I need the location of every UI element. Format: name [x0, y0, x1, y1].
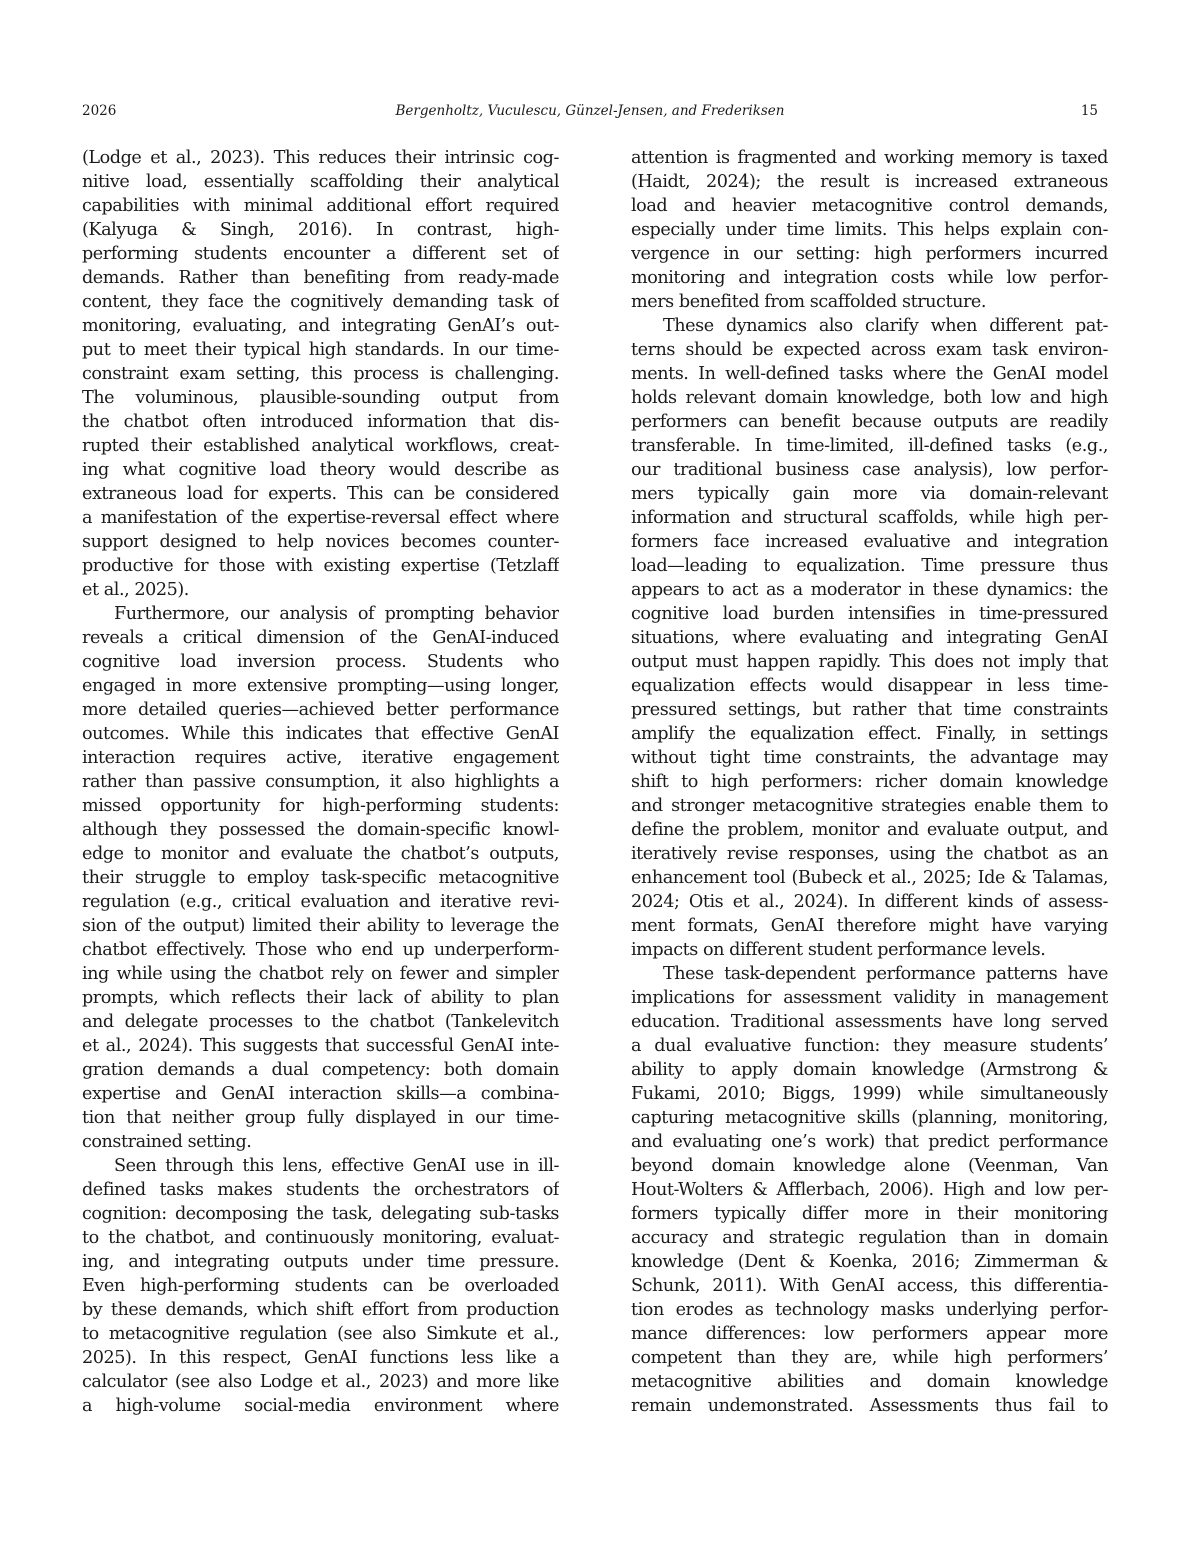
text-line: load—leading to equalization. Time press…: [631, 554, 1108, 578]
text-line: Seen through this lens, effective GenAI …: [82, 1154, 559, 1178]
text-line: prompts, which reflects their lack of ab…: [82, 986, 559, 1010]
text-line: ability to apply domain knowledge (Armst…: [631, 1058, 1108, 1082]
text-line: define the problem, monitor and evaluate…: [631, 818, 1108, 842]
text-line: nitive load, essentially scaffolding the…: [82, 170, 559, 194]
text-line: rupted their established analytical work…: [82, 434, 559, 458]
text-line: monitoring, evaluating, and integrating …: [82, 314, 559, 338]
text-line: missed opportunity for high-performing s…: [82, 794, 559, 818]
text-line: ing while using the chatbot rely on fewe…: [82, 962, 559, 986]
text-line: situations, where evaluating and integra…: [631, 626, 1108, 650]
text-line: implications for assessment validity in …: [631, 986, 1108, 1010]
text-line: tion erodes as technology masks underlyi…: [631, 1298, 1108, 1322]
text-line: and delegate processes to the chatbot (T…: [82, 1010, 559, 1034]
text-line: reveals a critical dimension of the GenA…: [82, 626, 559, 650]
text-line: without tight time constraints, the adva…: [631, 746, 1108, 770]
text-line: pressured settings, but rather that time…: [631, 698, 1108, 722]
text-line: ing what cognitive load theory would des…: [82, 458, 559, 482]
text-line: performers can benefit because outputs a…: [631, 410, 1108, 434]
text-line: holds relevant domain knowledge, both lo…: [631, 386, 1108, 410]
text-line: knowledge (Dent & Koenka, 2016; Zimmerma…: [631, 1250, 1108, 1274]
text-line: monitoring and integration costs while l…: [631, 266, 1108, 290]
text-line: a dual evaluative function: they measure…: [631, 1034, 1108, 1058]
text-line: capabilities with minimal additional eff…: [82, 194, 559, 218]
text-line: Fukami, 2010; Biggs, 1999) while simulta…: [631, 1082, 1108, 1106]
text-line: transferable. In time-limited, ill-defin…: [631, 434, 1108, 458]
text-line: performing students encounter a differen…: [82, 242, 559, 266]
text-line: gration demands a dual competency: both …: [82, 1058, 559, 1082]
text-line: although they possessed the domain-speci…: [82, 818, 559, 842]
running-header: 2026 Bergenholtz, Vuculescu, Günzel-Jens…: [82, 103, 1098, 125]
text-line: outcomes. While this indicates that effe…: [82, 722, 559, 746]
text-line: appears to act as a moderator in these d…: [631, 578, 1108, 602]
text-line: The voluminous, plausible-sounding outpu…: [82, 386, 559, 410]
text-line: our traditional business case analysis),…: [631, 458, 1108, 482]
text-line: to the chatbot, and continuously monitor…: [82, 1226, 559, 1250]
text-line: extraneous load for experts. This can be…: [82, 482, 559, 506]
text-line: cognitive load inversion process. Studen…: [82, 650, 559, 674]
text-line: information and structural scaffolds, wh…: [631, 506, 1108, 530]
text-line: Schunk, 2011). With GenAI access, this d…: [631, 1274, 1108, 1298]
text-line: mance differences: low performers appear…: [631, 1322, 1108, 1346]
text-line: accuracy and strategic regulation than i…: [631, 1226, 1108, 1250]
text-line: output must happen rapidly. This does no…: [631, 650, 1108, 674]
text-line: metacognitive abilities and domain knowl…: [631, 1370, 1108, 1394]
text-line: ments. In well-defined tasks where the G…: [631, 362, 1108, 386]
text-line: vergence in our setting: high performers…: [631, 242, 1108, 266]
text-line: Furthermore, our analysis of prompting b…: [82, 602, 559, 626]
text-line: (Lodge et al., 2023). This reduces their…: [82, 146, 559, 170]
text-line: education. Traditional assessments have …: [631, 1010, 1108, 1034]
text-line: capturing metacognitive skills (planning…: [631, 1106, 1108, 1130]
text-line: chatbot effectively. Those who end up un…: [82, 938, 559, 962]
text-line: content, they face the cognitively deman…: [82, 290, 559, 314]
text-line: mers typically gain more via domain-rele…: [631, 482, 1108, 506]
text-line: Even high-performing students can be ove…: [82, 1274, 559, 1298]
text-line: expertise and GenAI interaction skills—a…: [82, 1082, 559, 1106]
text-line: formers typically differ more in their m…: [631, 1202, 1108, 1226]
text-line: edge to monitor and evaluate the chatbot…: [82, 842, 559, 866]
text-line: a high-volume social-media environment w…: [82, 1394, 559, 1418]
text-line: iteratively revise responses, using the …: [631, 842, 1108, 866]
text-line: (Haidt, 2024); the result is increased e…: [631, 170, 1108, 194]
text-line: a manifestation of the expertise-reversa…: [82, 506, 559, 530]
text-line: put to meet their typical high standards…: [82, 338, 559, 362]
text-line: These task-dependent performance pattern…: [631, 962, 1108, 986]
text-line: engaged in more extensive prompting—usin…: [82, 674, 559, 698]
text-line: by these demands, which shift effort fro…: [82, 1298, 559, 1322]
page-number: 15: [1081, 103, 1098, 119]
text-line: Hout-Wolters & Afflerbach, 2006). High a…: [631, 1178, 1108, 1202]
text-line: and stronger metacognitive strategies en…: [631, 794, 1108, 818]
text-line: et al., 2024). This suggests that succes…: [82, 1034, 559, 1058]
text-line: defined tasks makes students the orchest…: [82, 1178, 559, 1202]
left-column: (Lodge et al., 2023). This reduces their…: [82, 146, 559, 1418]
text-line: constraint exam setting, this process is…: [82, 362, 559, 386]
text-line: cognitive load burden intensifies in tim…: [631, 602, 1108, 626]
text-line: attention is fragmented and working memo…: [631, 146, 1108, 170]
text-line: et al., 2025).: [82, 578, 559, 602]
text-line: terns should be expected across exam tas…: [631, 338, 1108, 362]
right-column: attention is fragmented and working memo…: [631, 146, 1108, 1418]
text-line: demands. Rather than benefiting from rea…: [82, 266, 559, 290]
text-line: more detailed queries—achieved better pe…: [82, 698, 559, 722]
text-line: especially under time limits. This helps…: [631, 218, 1108, 242]
text-line: amplify the equalization effect. Finally…: [631, 722, 1108, 746]
text-line: ing, and integrating outputs under time …: [82, 1250, 559, 1274]
text-line: mers benefited from scaffolded structure…: [631, 290, 1108, 314]
text-line: their struggle to employ task-specific m…: [82, 866, 559, 890]
text-line: load and heavier metacognitive control d…: [631, 194, 1108, 218]
text-line: shift to high performers: richer domain …: [631, 770, 1108, 794]
text-line: interaction requires active, iterative e…: [82, 746, 559, 770]
text-line: (Kalyuga & Singh, 2016). In contrast, hi…: [82, 218, 559, 242]
text-line: regulation (e.g., critical evaluation an…: [82, 890, 559, 914]
text-line: the chatbot often introduced information…: [82, 410, 559, 434]
text-line: enhancement tool (Bubeck et al., 2025; I…: [631, 866, 1108, 890]
text-line: These dynamics also clarify when differe…: [631, 314, 1108, 338]
text-line: equalization effects would disappear in …: [631, 674, 1108, 698]
text-line: calculator (see also Lodge et al., 2023)…: [82, 1370, 559, 1394]
text-line: 2024; Otis et al., 2024). In different k…: [631, 890, 1108, 914]
header-authors: Bergenholtz, Vuculescu, Günzel-Jensen, a…: [82, 103, 1098, 119]
text-line: productive for those with existing exper…: [82, 554, 559, 578]
text-line: ment formats, GenAI therefore might have…: [631, 914, 1108, 938]
text-line: to metacognitive regulation (see also Si…: [82, 1322, 559, 1346]
text-line: support designed to help novices becomes…: [82, 530, 559, 554]
text-line: and evaluating one’s work) that predict …: [631, 1130, 1108, 1154]
text-line: formers face increased evaluative and in…: [631, 530, 1108, 554]
text-line: tion that neither group fully displayed …: [82, 1106, 559, 1130]
text-line: competent than they are, while high perf…: [631, 1346, 1108, 1370]
text-line: 2025). In this respect, GenAI functions …: [82, 1346, 559, 1370]
text-line: constrained setting.: [82, 1130, 559, 1154]
text-line: impacts on different student performance…: [631, 938, 1108, 962]
text-line: beyond domain knowledge alone (Veenman, …: [631, 1154, 1108, 1178]
text-line: remain undemonstrated. Assessments thus …: [631, 1394, 1108, 1418]
text-line: cognition: decomposing the task, delegat…: [82, 1202, 559, 1226]
text-line: sion of the output) limited their abilit…: [82, 914, 559, 938]
text-line: rather than passive consumption, it also…: [82, 770, 559, 794]
